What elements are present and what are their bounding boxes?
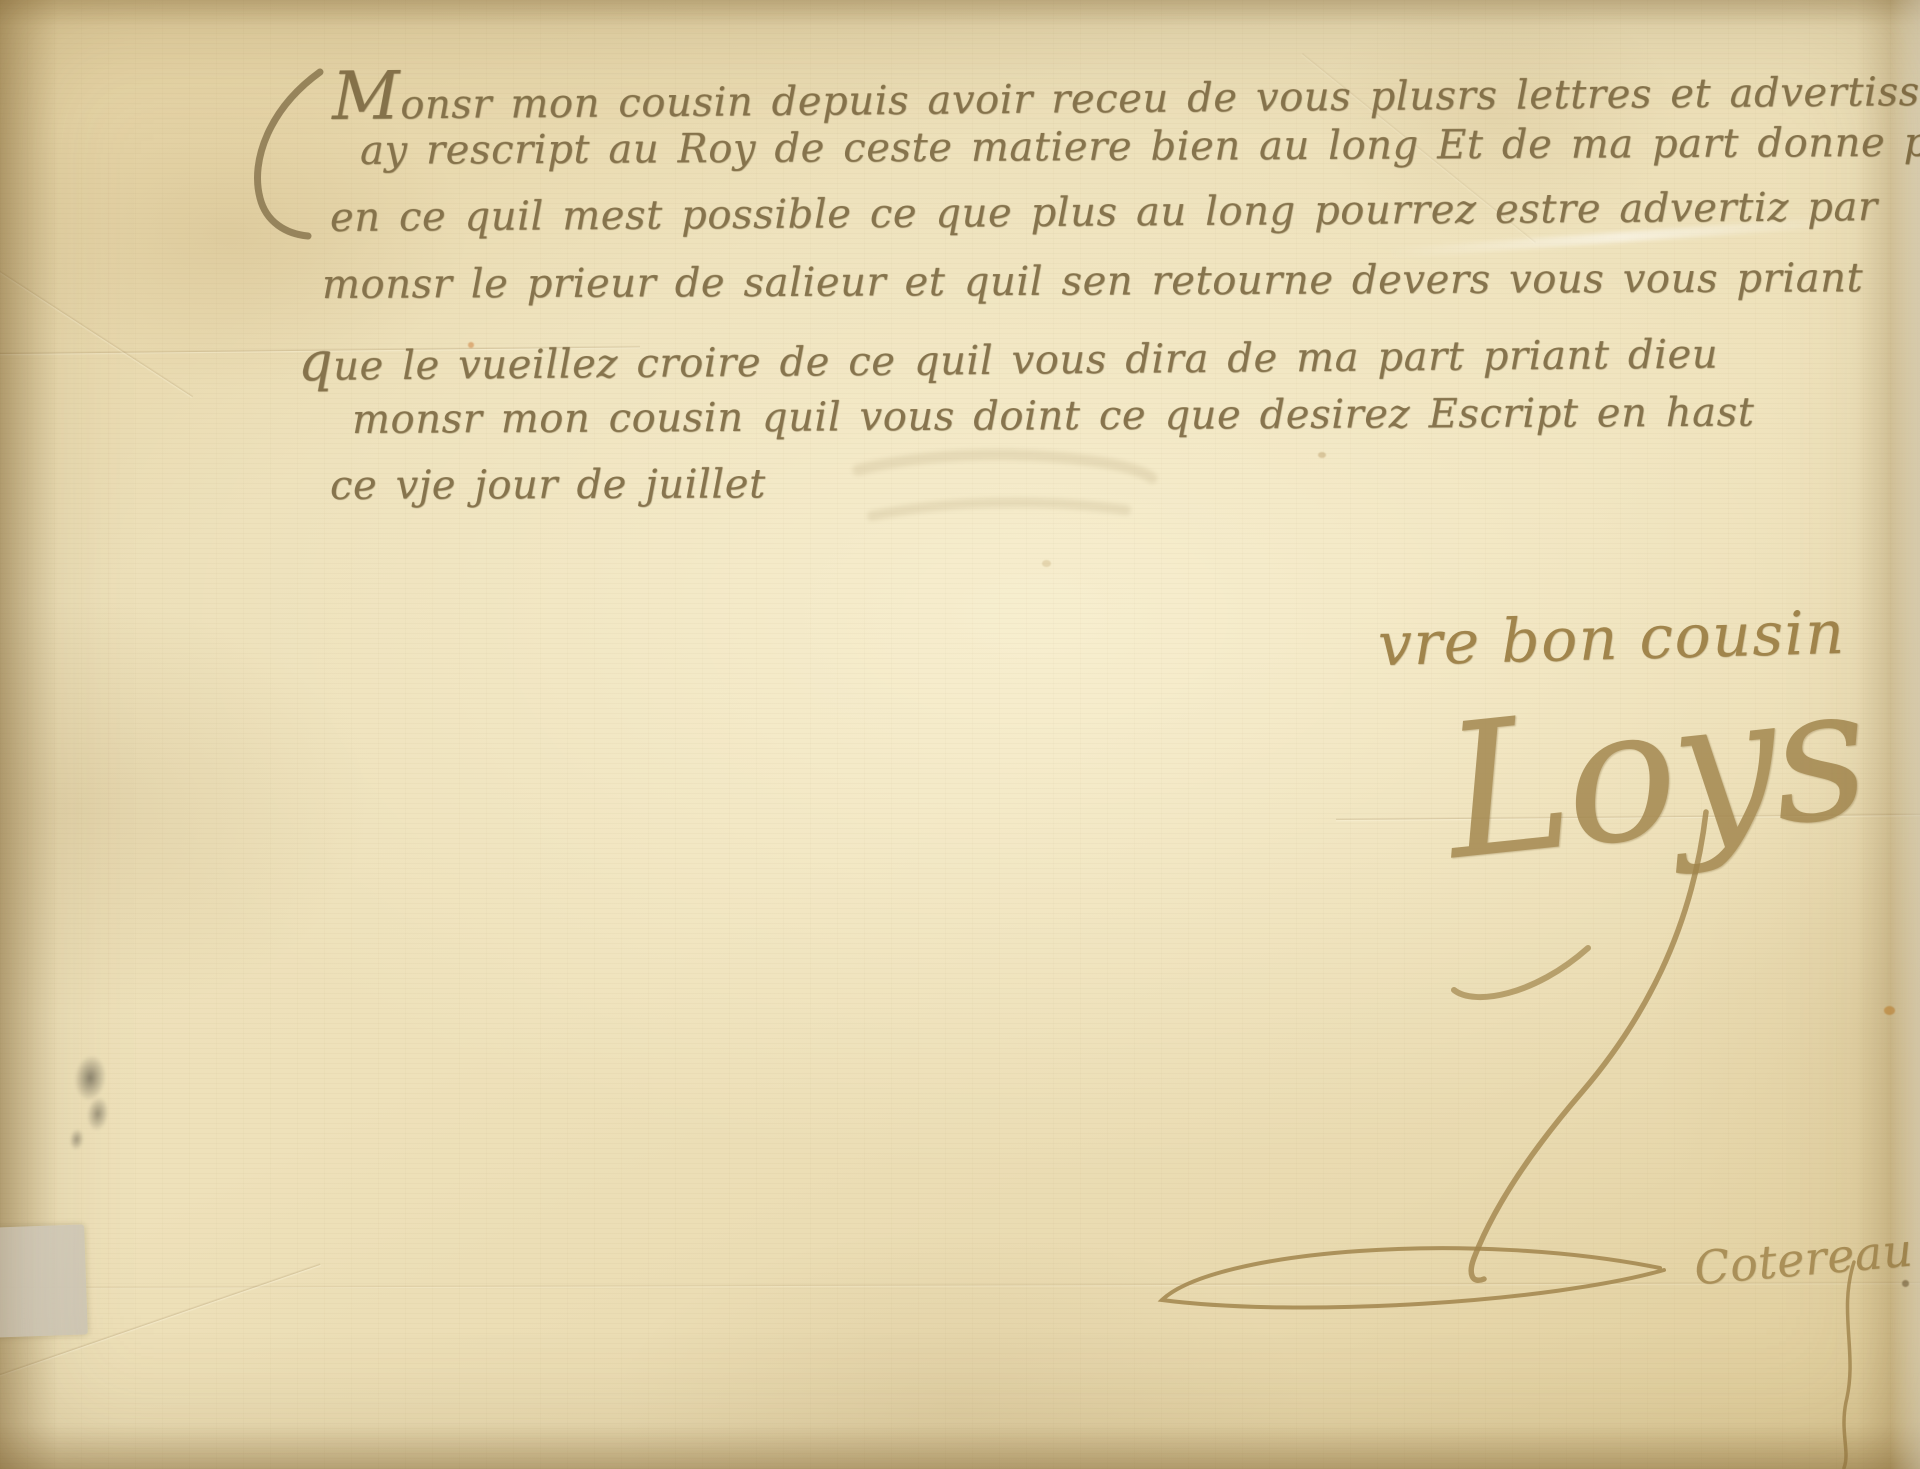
paper-edge-top	[0, 0, 1920, 26]
secretary-flourish-loop	[1162, 1248, 1664, 1307]
letter-line-4: monsr le prieur de salieur et quil sen r…	[322, 255, 1863, 308]
letter-line-2: ay rescript au Roy de ceste matiere bien…	[360, 119, 1920, 174]
stain-dot-4	[1902, 1280, 1909, 1287]
letter-line-6: monsr mon cousin quil vous doint ce que …	[352, 390, 1755, 443]
royal-signature: Loys	[1436, 643, 1874, 901]
paper-edge-bottom	[0, 1423, 1920, 1469]
stain-dot-1	[1884, 1006, 1895, 1015]
opening-paren-flourish	[258, 72, 321, 236]
stain-dot-3	[1318, 452, 1326, 458]
letter-line-7: ce vje jour de juillet	[330, 461, 766, 509]
crease-diagonal-bottom-left	[0, 1263, 321, 1384]
secretary-signature: Cotereau	[1692, 1223, 1915, 1296]
bleed-through-marks	[858, 455, 1152, 516]
royal-signature-base-sweep	[1454, 948, 1588, 997]
crease-diagonal-top-left	[0, 248, 194, 398]
ink-blot-stain	[49, 1042, 137, 1166]
crease-line-bottom	[0, 1281, 1920, 1290]
tape-patch	[0, 1224, 88, 1337]
manuscript-letter-page: Monsr mon cousin depuis avoir receu de v…	[0, 0, 1920, 1469]
secretary-paraph	[1844, 1262, 1854, 1468]
paper-edge-left	[0, 0, 58, 1469]
stain-dot-5	[1042, 560, 1051, 567]
letter-line-5: que le vueillez croire de ce quil vous d…	[298, 318, 1719, 393]
letter-line-3: en ce quil mest possible ce que plus au …	[330, 184, 1878, 241]
